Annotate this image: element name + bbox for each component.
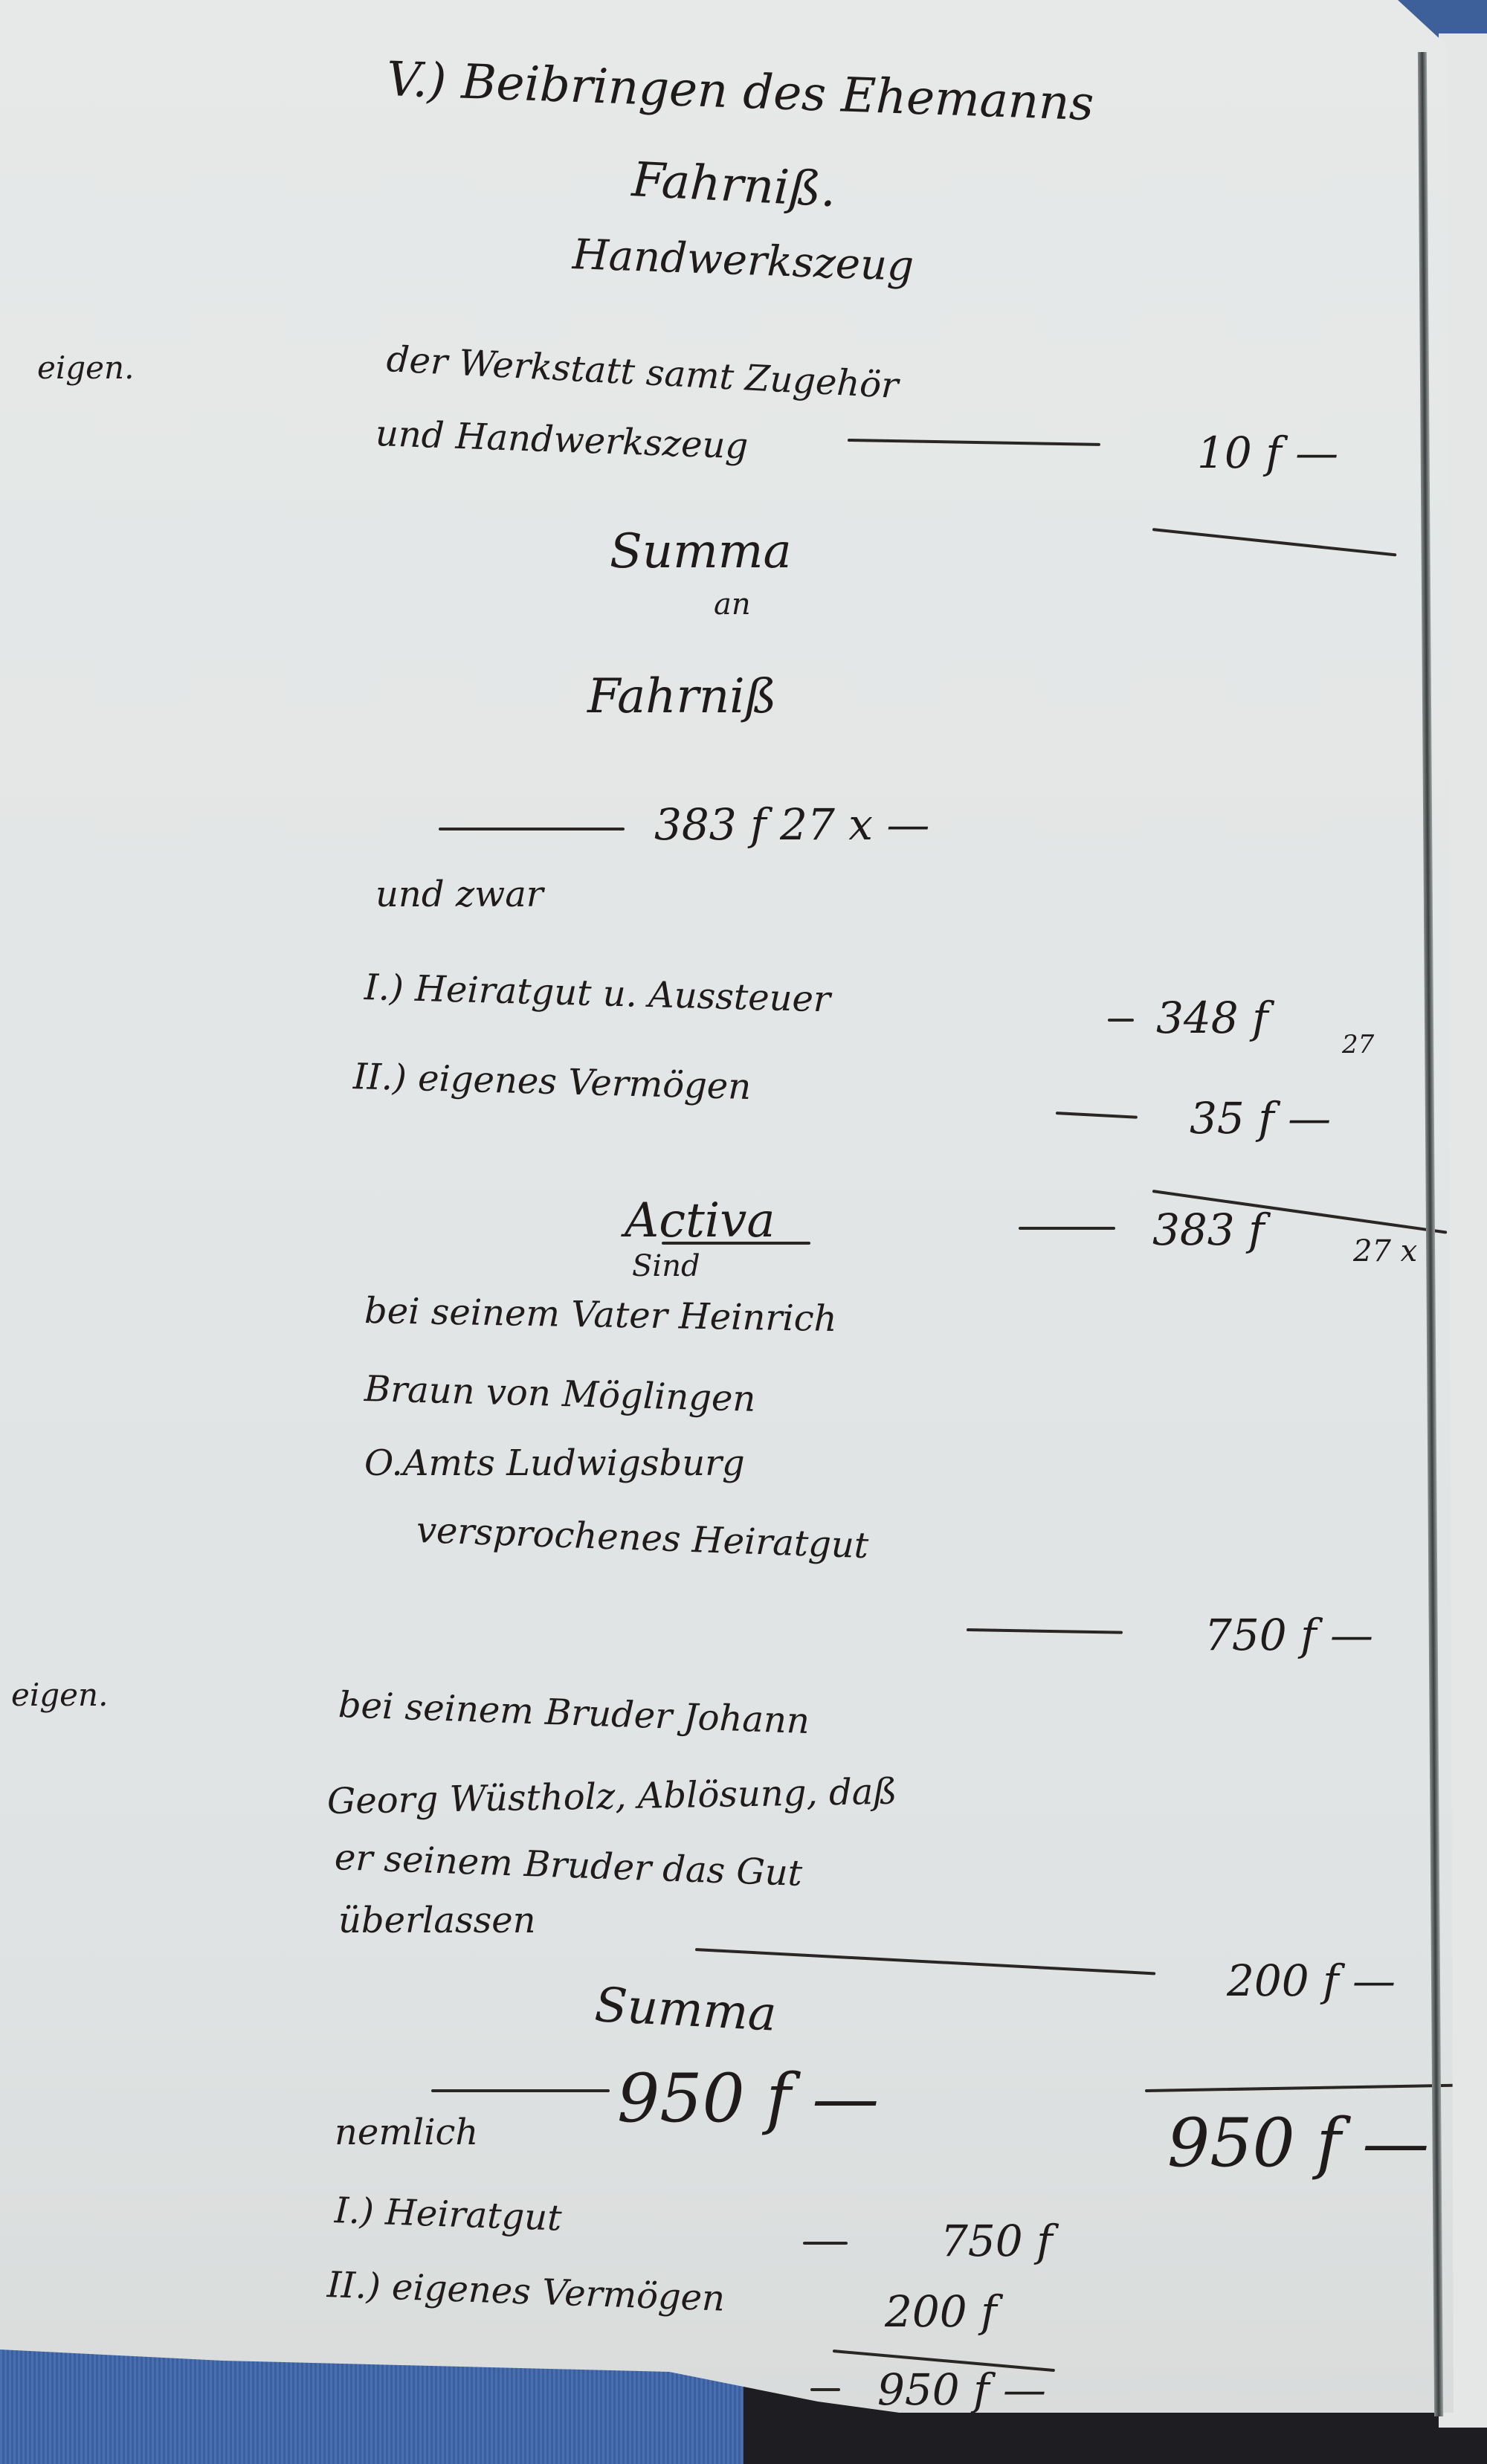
activa-entry2-line2: Georg Wüstholz, Ablösung, daß bbox=[327, 1771, 897, 1822]
summa-total-amount: 950 f — bbox=[617, 2060, 879, 2138]
sum-rule-3 bbox=[1145, 2084, 1457, 2092]
leader-line bbox=[1108, 1019, 1134, 1022]
entry-workshop-line2: und Handwerkszeug bbox=[375, 413, 749, 467]
leader-line bbox=[848, 439, 1100, 446]
right-total-amount: 950 f — bbox=[1167, 2104, 1429, 2182]
nemlich: nemlich bbox=[335, 2112, 478, 2153]
summa-fahrniss-title: Fahrniß bbox=[587, 669, 776, 724]
leader-line bbox=[803, 2242, 848, 2245]
leader-line bbox=[1019, 1227, 1115, 1230]
final-amount-vermoegen: 200 f bbox=[885, 2286, 997, 2337]
manuscript-page: V.) Beibringen des Ehemanns Fahrniß. Han… bbox=[0, 0, 1454, 2413]
sum-rule-1 bbox=[1152, 528, 1397, 556]
activa-title: Activa bbox=[625, 1193, 775, 1248]
activa-entry2-line4: überlassen bbox=[338, 1900, 536, 1941]
detail-heiratgut-aussteuer: I.) Heiratgut u. Aussteuer bbox=[364, 967, 830, 1020]
activa-entry2-line3: er seinem Bruder das Gut bbox=[334, 1836, 803, 1894]
amount-bruder: 200 f — bbox=[1227, 1955, 1396, 2006]
check-total-amount: 950 f — bbox=[877, 2364, 1046, 2415]
leader-line bbox=[431, 2089, 610, 2092]
summa-an: an bbox=[714, 587, 751, 622]
activa-underline bbox=[662, 1242, 810, 1245]
entry-workshop-line1: der Werkstatt samt Zugehör bbox=[386, 338, 900, 407]
activa-entry1-line3: O.Amts Ludwigsburg bbox=[364, 1442, 745, 1484]
activa-entry1-line1: bei seinem Vater Heinrich bbox=[364, 1290, 838, 1340]
final-detail-vermoegen: II.) eigenes Vermögen bbox=[326, 2264, 726, 2320]
final-detail-heiratgut: I.) Heiratgut bbox=[334, 2190, 562, 2239]
activa-entry1-line4: versprochenes Heiratgut bbox=[416, 1509, 869, 1567]
amount-eigenes-vermoegen: 35 f — bbox=[1190, 1093, 1331, 1144]
activa-entry2-line1: bei seinem Bruder Johann bbox=[338, 1684, 810, 1742]
kreuzer-heiratgut-aussteuer: 27 bbox=[1342, 1030, 1374, 1060]
activa-sind: Sind bbox=[632, 1249, 700, 1283]
leader-line bbox=[1056, 1112, 1138, 1119]
activa-entry1-line2: Braun von Möglingen bbox=[364, 1368, 756, 1420]
activa-total-amount: 383 f bbox=[1152, 1204, 1265, 1255]
final-amount-heiratgut: 750 f bbox=[941, 2216, 1053, 2266]
margin-note-eigen-1: eigen. bbox=[37, 349, 134, 386]
amount-heiratgut-promised: 750 f — bbox=[1204, 1610, 1373, 1660]
summa-fahrniss-amount: 383 f 27 x — bbox=[654, 799, 929, 850]
summa-label-2: Summa bbox=[593, 1978, 778, 2042]
amount-workshop: 10 f — bbox=[1197, 428, 1338, 478]
activa-total-kreuzer: 27 x bbox=[1353, 1234, 1417, 1268]
section-heading: V.) Beibringen des Ehemanns bbox=[386, 52, 1095, 132]
leader-line bbox=[439, 828, 625, 831]
fahrniss-title: Fahrniß. bbox=[630, 152, 837, 218]
detail-eigenes-vermoegen: II.) eigenes Vermögen bbox=[352, 1056, 752, 1108]
handwerkszeug-subtitle: Handwerkszeug bbox=[572, 230, 915, 291]
leader-line bbox=[810, 2388, 840, 2391]
und-zwar: und zwar bbox=[375, 874, 543, 915]
leader-line bbox=[967, 1628, 1123, 1634]
leader-line bbox=[695, 1948, 1155, 1975]
margin-note-eigen-2: eigen. bbox=[11, 1677, 108, 1713]
amount-heiratgut-aussteuer: 348 f bbox=[1156, 993, 1268, 1043]
summa-label-1: Summa bbox=[610, 524, 792, 579]
